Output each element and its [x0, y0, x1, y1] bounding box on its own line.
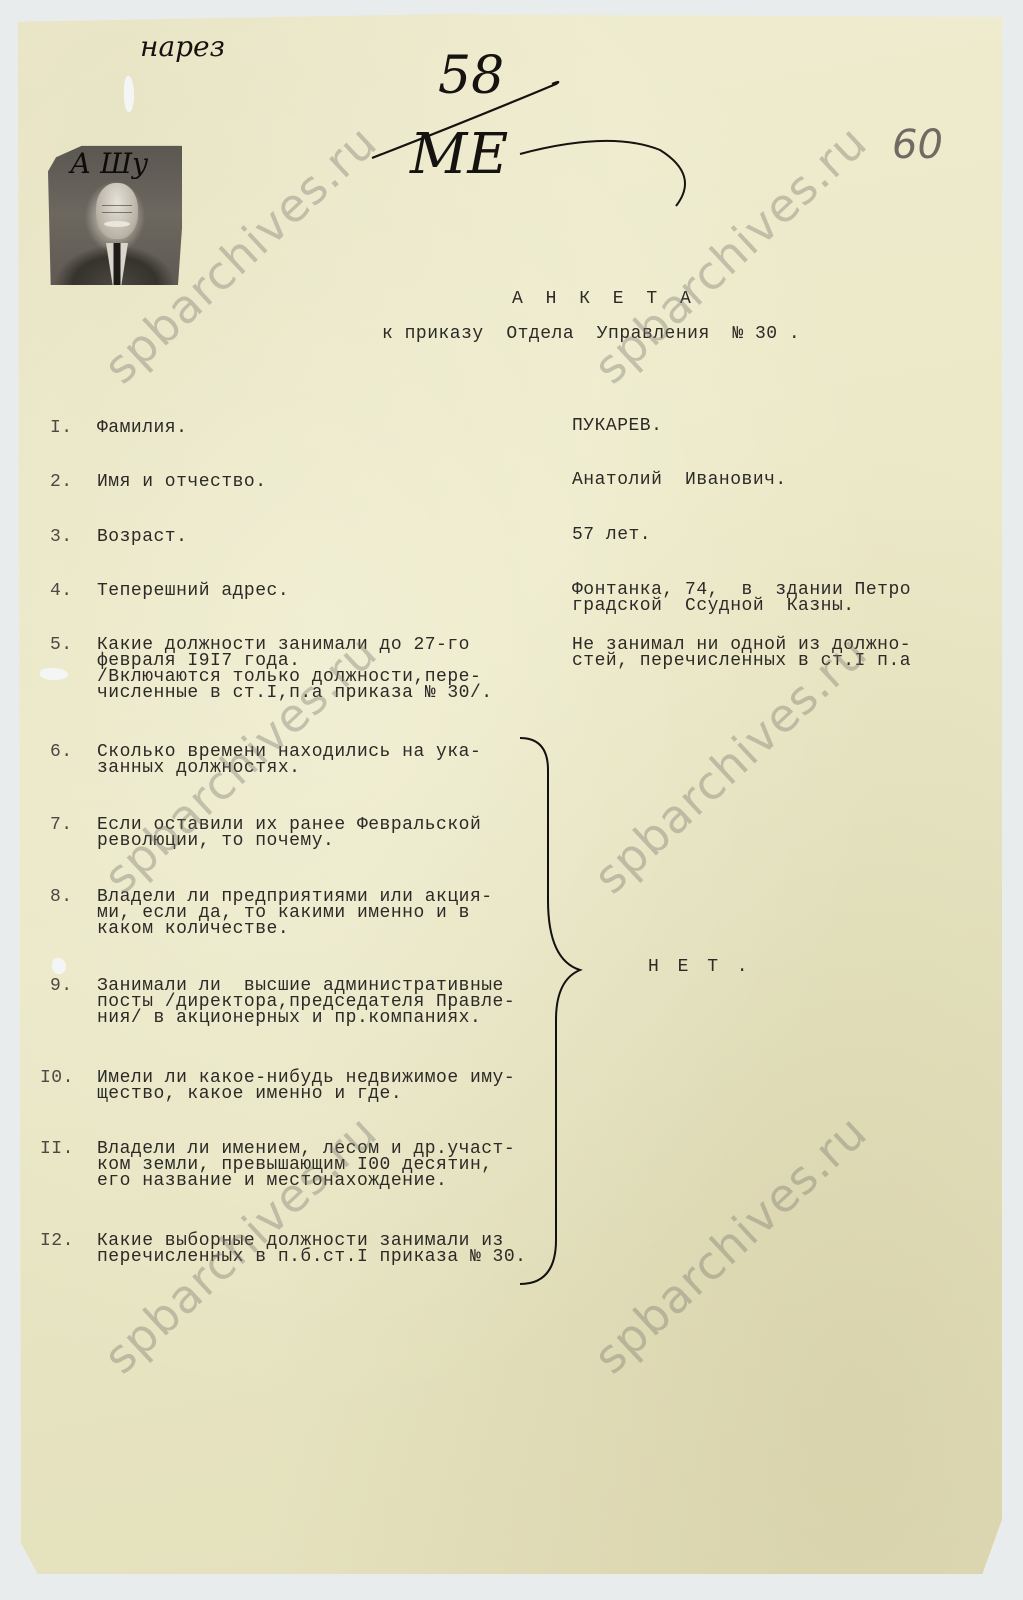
photo-mustache	[104, 221, 130, 227]
answer-surname: ПУКАРЕВ.	[572, 417, 662, 436]
question-text-line: ния/ в акционерных и пр.компаниях.	[97, 1009, 481, 1028]
question-number: 6.	[50, 743, 73, 762]
question-text-line: Теперешний адрес.	[97, 582, 289, 601]
answer-name: Анатолий Иванович.	[572, 471, 787, 490]
question-number: I.	[50, 419, 73, 438]
question-number: 4.	[50, 582, 73, 601]
question-number: I0.	[40, 1069, 74, 1088]
answer-grouped-none: Н Е Т .	[648, 958, 752, 977]
photo-glasses	[102, 205, 132, 213]
question-number: II.	[40, 1140, 74, 1159]
question-text-line: Имя и отчество.	[97, 473, 267, 492]
question-text-line: Возраст.	[97, 528, 187, 547]
question-text-line: каком количестве.	[97, 920, 289, 939]
question-text-line: Фамилия.	[97, 419, 187, 438]
photo-collar	[106, 243, 128, 285]
question-text-line: перечисленных в п.б.ст.I приказа № 30.	[97, 1248, 526, 1267]
photo-signature: А Шу	[70, 147, 148, 180]
question-number: I2.	[40, 1232, 74, 1251]
question-number: 8.	[50, 888, 73, 907]
portrait-photo: А Шу	[48, 143, 182, 285]
question-number: 7.	[50, 816, 73, 835]
question-number: 3.	[50, 528, 73, 547]
question-number: 9.	[50, 977, 73, 996]
question-text-line: щество, какое именно и где.	[97, 1085, 402, 1104]
document-subtitle: к приказу Отдела Управления № 30 .	[382, 325, 800, 344]
answer-address-line-2: градской Ссудной Казны.	[572, 597, 855, 616]
question-number: 5.	[50, 636, 73, 655]
answer-age: 57 лет.	[572, 526, 651, 545]
question-number: 2.	[50, 473, 73, 492]
